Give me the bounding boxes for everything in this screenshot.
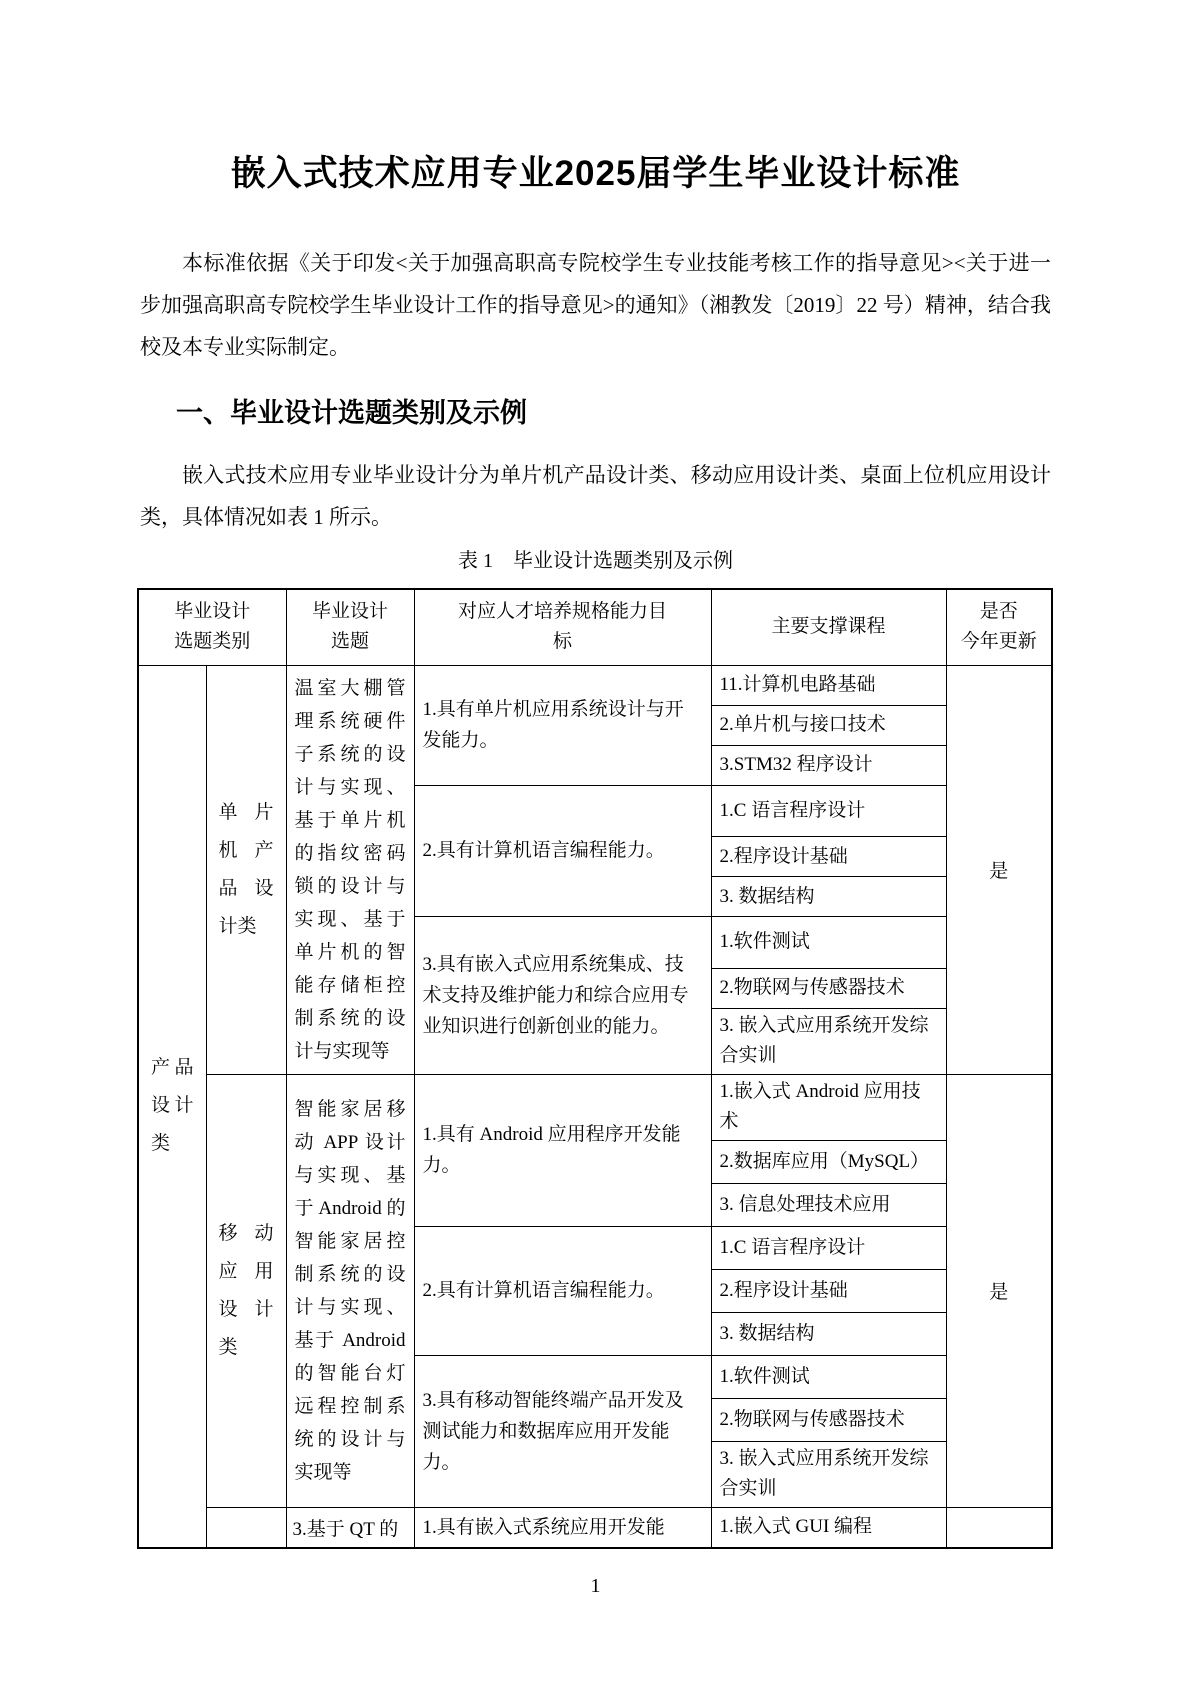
col-header-courses: 主要支撑课程 [711,589,946,665]
cell-goal-2-2: 2.具有计算机语言编程能力。 [414,1226,711,1355]
topics-table: 毕业设计 选题类别 毕业设计 选题 对应人才培养规格能力目 标 主要支撑课程 是… [137,588,1053,1549]
cell-course: 1.C 语言程序设计 [711,1226,946,1269]
table-row: 3.基于 QT 的 1.具有嵌入式系统应用开发能 1.嵌入式 GUI 编程 [138,1507,1052,1548]
cell-course: 1.嵌入式 GUI 编程 [711,1507,946,1548]
cell-course: 3. 嵌入式应用系统开发综合实训 [711,1008,946,1074]
cell-goal-3-1: 1.具有嵌入式系统应用开发能 [414,1507,711,1548]
cell-course: 3. 信息处理技术应用 [711,1183,946,1226]
cell-goal-2-1: 1.具有 Android 应用程序开发能力。 [414,1074,711,1226]
cell-category-group: 产品设计类 [138,665,206,1548]
cell-course: 3. 数据结构 [711,877,946,917]
cell-course: 2.程序设计基础 [711,1269,946,1312]
cell-empty [206,1507,286,1548]
table-row: 产品设计类 单片机产品设计类 温室大棚管理系统硬件子系统的设计与实现、基于单片机… [138,665,1052,705]
table-header-row: 毕业设计 选题类别 毕业设计 选题 对应人才培养规格能力目 标 主要支撑课程 是… [138,589,1052,665]
cell-course: 2.单片机与接口技术 [711,705,946,745]
cell-course: 1.软件测试 [711,1355,946,1398]
table-caption: 表 1 毕业设计选题类别及示例 [0,548,1191,574]
cell-goal-1-1: 1.具有单片机应用系统设计与开发能力。 [414,665,711,785]
intro-paragraph: 本标准依据《关于印发<关于加强高职高专院校学生专业技能考核工作的指导意见><关于… [140,242,1051,368]
cell-goal-1-2: 2.具有计算机语言编程能力。 [414,785,711,917]
cell-course: 2.程序设计基础 [711,837,946,877]
cell-course: 1.C 语言程序设计 [711,785,946,837]
cell-updated-1: 是 [946,665,1052,1074]
col-header-category: 毕业设计 选题类别 [138,589,286,665]
cell-course: 3. 数据结构 [711,1312,946,1355]
cell-course: 3. 嵌入式应用系统开发综合实训 [711,1441,946,1507]
cell-course: 11.计算机电路基础 [711,665,946,705]
cell-goal-2-3: 3.具有移动智能终端产品开发及测试能力和数据库应用开发能力。 [414,1355,711,1507]
col-header-updated: 是否 今年更新 [946,589,1052,665]
section-intro-paragraph: 嵌入式技术应用专业毕业设计分为单片机产品设计类、移动应用设计类、桌面上位机应用设… [140,454,1051,538]
document-page: 嵌入式技术应用专业2025届学生毕业设计标准 本标准依据《关于印发<关于加强高职… [0,0,1191,1684]
cell-category-2: 移动应用设计类 [206,1074,286,1507]
cell-course: 2.物联网与传感器技术 [711,968,946,1008]
cell-course: 1.嵌入式 Android 应用技术 [711,1074,946,1140]
cell-course: 2.数据库应用（MySQL） [711,1140,946,1183]
cell-topic-3: 3.基于 QT 的 [286,1507,414,1548]
cell-topic-2: 智能家居移动 APP 设计与实现、基于 Android 的智能家居控制系统的设计… [286,1074,414,1507]
cell-empty [946,1507,1052,1548]
cell-topic-1: 温室大棚管理系统硬件子系统的设计与实现、基于单片机的指纹密码锁的设计与实现、基于… [286,665,414,1074]
page-number: 1 [0,1573,1191,1599]
cell-course: 3.STM32 程序设计 [711,745,946,785]
section-heading: 一、毕业设计选题类别及示例 [176,394,1191,432]
col-header-goal: 对应人才培养规格能力目 标 [414,589,711,665]
cell-goal-1-3: 3.具有嵌入式应用系统集成、技术支持及维护能力和综合应用专业知识进行创新创业的能… [414,917,711,1075]
cell-course: 2.物联网与传感器技术 [711,1398,946,1441]
table-row: 移动应用设计类 智能家居移动 APP 设计与实现、基于 Android 的智能家… [138,1074,1052,1140]
cell-category-1: 单片机产品设计类 [206,665,286,1074]
col-header-topic: 毕业设计 选题 [286,589,414,665]
document-title: 嵌入式技术应用专业2025届学生毕业设计标准 [0,0,1191,196]
cell-updated-2: 是 [946,1074,1052,1507]
cell-course: 1.软件测试 [711,917,946,969]
